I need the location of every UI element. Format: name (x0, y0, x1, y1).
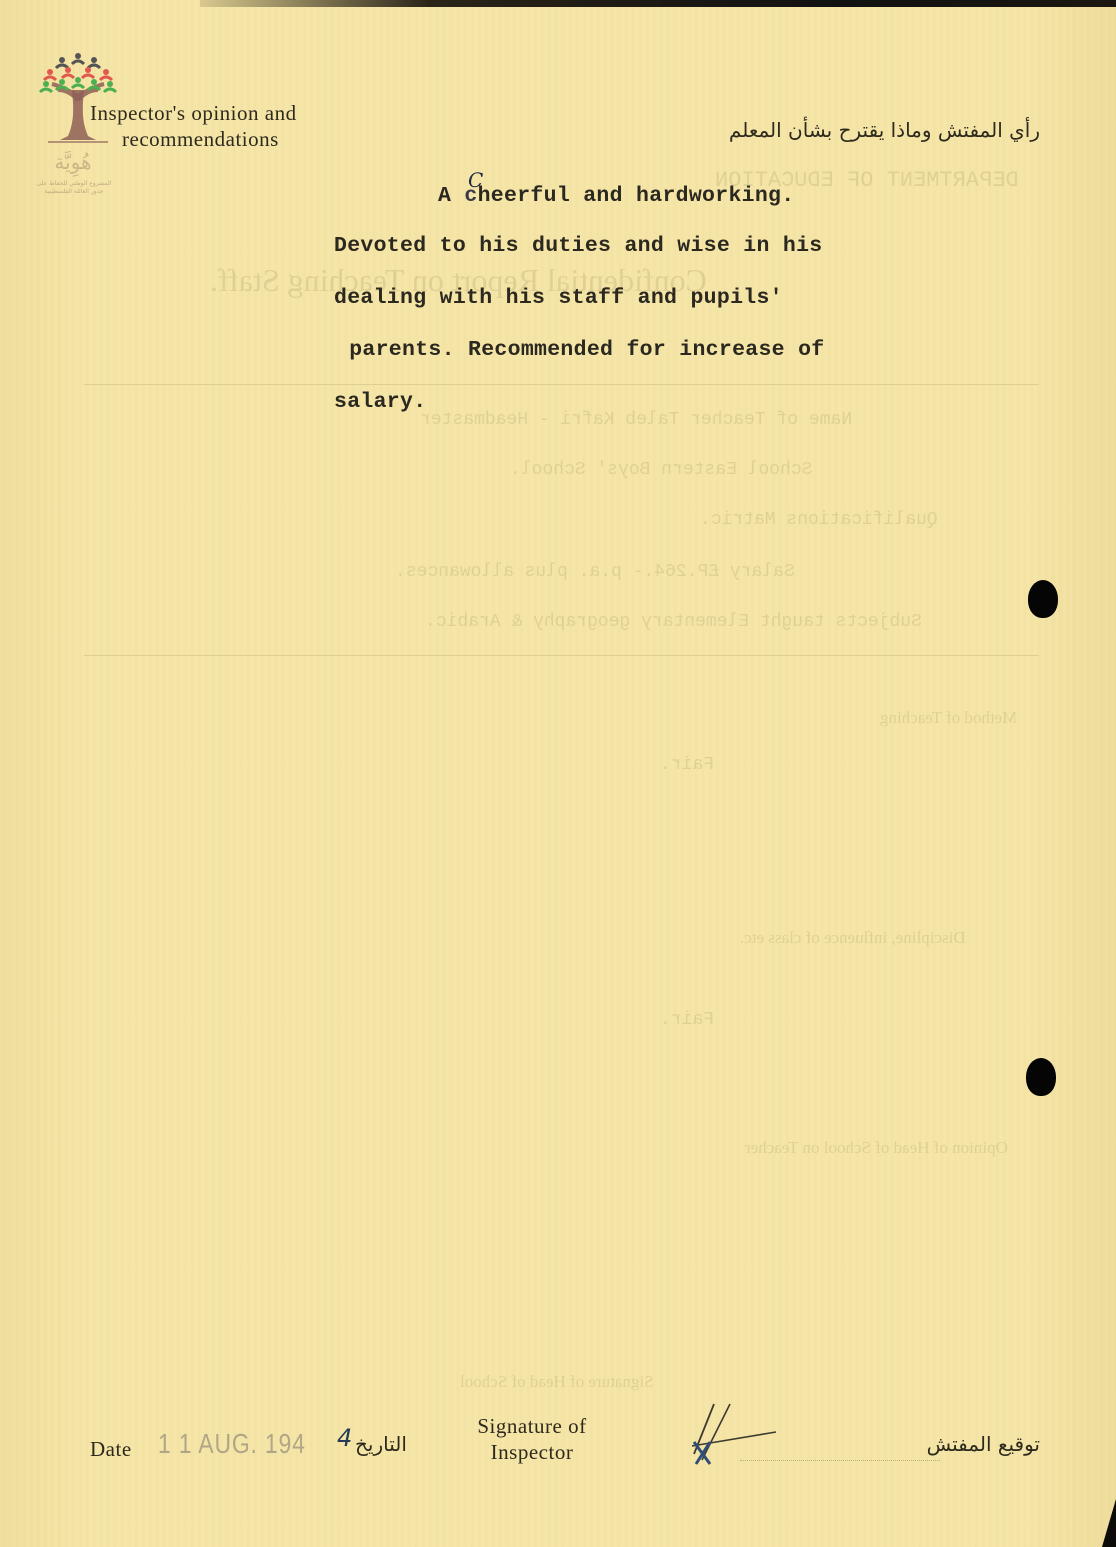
logo-brand-text: هُوِيَّة (48, 150, 98, 174)
label-line: Signature of (462, 1413, 602, 1439)
typed-line: salary. (334, 390, 426, 414)
date-stamp: 1 1 AUG. 194 (158, 1428, 306, 1460)
date-handwritten-digit: 4 (337, 1424, 351, 1450)
signature-label-arabic: توقيع المفتش (927, 1432, 1040, 1456)
typed-line: parents. Recommended for increase of (336, 338, 824, 362)
date-label: Date (90, 1436, 132, 1462)
inspector-opinion-label-arabic: رأي المفتش وماذا يقترح بشأن المعلم (729, 118, 1040, 142)
signature-line (740, 1460, 940, 1462)
logo-caption-line: جذور العائلة الفلسطينية (24, 188, 124, 196)
date-label-arabic: التاريخ (355, 1432, 407, 1456)
label-line: recommendations (90, 126, 297, 152)
logo-caption-line: المشروع الوطني للحفاظ على (24, 180, 124, 188)
inspector-signature (688, 1398, 788, 1468)
bleed-through-signature: Signature of Head of School (460, 1372, 654, 1392)
bleed-through-opinion: Opinion of Head of School on Teacher (745, 1138, 1008, 1158)
bleed-through-method-value: Fair. (660, 755, 714, 775)
bleed-through-field: Name of Teacher Taleb Kafri - Headmaster (420, 410, 852, 430)
scanned-document-page: DEPARTMENT OF EDUCATION Confidential Rep… (0, 0, 1116, 1547)
logo-caption: المشروع الوطني للحفاظ على جذور العائلة ا… (24, 180, 124, 196)
bleed-through-method: Method of Teaching (880, 708, 1017, 728)
punch-hole (1028, 580, 1058, 618)
scan-edge-shadow (200, 0, 1116, 7)
inspector-opinion-label: Inspector's opinion and recommendations (90, 100, 297, 152)
bleed-through-field: Qualifications Matric. (700, 510, 938, 530)
label-line: Inspector (462, 1439, 602, 1465)
typed-line: A cheerful and hardworking. (438, 184, 794, 208)
bleed-through-field: Subjects taught Elementary geography & A… (425, 612, 922, 632)
punch-hole (1026, 1058, 1056, 1096)
bleed-through-discipline-value: Fair. (660, 1010, 714, 1030)
typed-line: Devoted to his duties and wise in his (334, 234, 822, 258)
label-line: Inspector's opinion and (90, 100, 297, 126)
scan-corner-shadow (1102, 1499, 1116, 1547)
bleed-through-rule (84, 655, 1039, 656)
typed-line: dealing with his staff and pupils' (334, 286, 783, 310)
signature-label: Signature of Inspector (462, 1413, 602, 1465)
bleed-through-field: Salary £P.264.- p.a. plus allowances. (395, 562, 795, 582)
bleed-through-discipline: Discipline, influence of class etc. (740, 928, 966, 948)
bleed-through-field: School Eastern Boys' School. (510, 460, 812, 480)
bleed-through-rule (84, 384, 1039, 385)
